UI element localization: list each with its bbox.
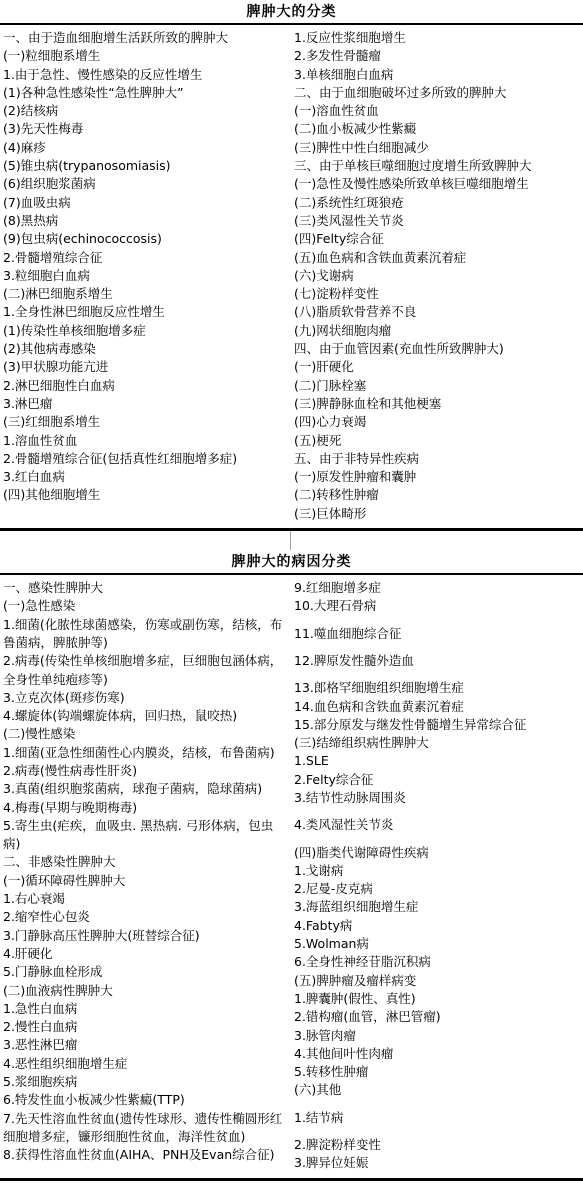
column-divider-line	[290, 531, 291, 550]
list-item: (2)其他病毒感染	[3, 340, 289, 358]
list-item: 一、由于造血细胞增生活跃所致的脾肿大	[3, 29, 289, 47]
list-item: 6.特发性血小板减少性紫癜(TTP)	[3, 1091, 289, 1109]
list-item: (二)淋巴细胞系增生	[3, 285, 289, 303]
list-item: 2.多发性骨髓瘤	[294, 47, 580, 65]
etiology-table-body: 一、感染性脾肿大(一)急性感染1.细菌(化脓性球菌感染，伤寒或副伤寒，结核，布鲁…	[0, 575, 583, 1181]
list-item: (五)血色病和含铁血黄素沉着症	[294, 249, 580, 267]
list-item: (二)门脉栓塞	[294, 377, 580, 395]
classification-table-title: 脾肿大的分类	[0, 0, 583, 25]
list-item: (八)脂质软骨营养不良	[294, 303, 580, 321]
list-item: 5.门静脉血栓形成	[3, 963, 289, 981]
list-item: 4.肝硬化	[3, 945, 289, 963]
etiology-left-column: 一、感染性脾肿大(一)急性感染1.细菌(化脓性球菌感染，伤寒或副伤寒，结核，布鲁…	[0, 579, 291, 1165]
list-item: 1.结节病	[294, 1109, 580, 1127]
list-item: 2.病毒(慢性病毒性肝炎)	[3, 762, 289, 780]
list-item: 2.脾淀粉样变性	[294, 1136, 580, 1154]
list-item: (8)黑热病	[3, 212, 289, 230]
list-item: 4.类风湿性关节炎	[294, 816, 580, 834]
list-item: 四、由于血管因素(充血性所致脾肿大)	[294, 340, 580, 358]
list-item: 6.全身性神经苷脂沉积病	[294, 953, 580, 971]
list-item: 1.反应性浆细胞增生	[294, 29, 580, 47]
list-item: (一)原发性肿瘤和囊肿	[294, 468, 580, 486]
list-item: 5.转移性肿瘤	[294, 1063, 580, 1081]
classification-table-body: 一、由于造血细胞增生活跃所致的脾肿大(一)粒细胞系增生1.由于急性、慢性感染的反…	[0, 25, 583, 531]
list-item: 9.红细胞增多症	[294, 579, 580, 597]
list-item: 2.淋巴细胞性白血病	[3, 377, 289, 395]
list-item: 8.获得性溶血性贫血(AIHA、PNH及Evan综合征)	[3, 1146, 289, 1164]
list-item: 1.细菌(亚急性细菌性心内膜炎，结核，布鲁菌病)	[3, 744, 289, 762]
list-item: 3.脾异位妊娠	[294, 1154, 580, 1172]
list-item: (2)结核病	[3, 102, 289, 120]
list-item: (四)心力衰竭	[294, 413, 580, 431]
list-item: (三)类风湿性关节炎	[294, 212, 580, 230]
list-item: 1.细菌(化脓性球菌感染，伤寒或副伤寒，结核，布鲁菌病，脾脓肿等)	[3, 616, 289, 653]
list-item: (6)组织胞浆菌病	[3, 175, 289, 193]
list-item: 2.缩窄性心包炎	[3, 908, 289, 926]
classification-table: 脾肿大的分类 一、由于造血细胞增生活跃所致的脾肿大(一)粒细胞系增生1.由于急性…	[0, 0, 583, 531]
list-item: (九)网状细胞肉瘤	[294, 322, 580, 340]
list-item: (五)梗死	[294, 432, 580, 450]
list-item: (二)血小板减少性紫癜	[294, 120, 580, 138]
list-item: (四)脂类代谢障碍性疾病	[294, 844, 580, 862]
list-item: (七)淀粉样变性	[294, 285, 580, 303]
document-page: 脾肿大的分类 一、由于造血细胞增生活跃所致的脾肿大(一)粒细胞系增生1.由于急性…	[0, 0, 583, 1181]
list-item: 3.真菌(组织胞浆菌病，球孢子菌病，隐球菌病)	[3, 780, 289, 798]
list-item: (1)各种急性感染性“急性脾肿大”	[3, 84, 289, 102]
list-item: (一)肝硬化	[294, 358, 580, 376]
list-item: 4.螺旋体(钩端螺旋体病，回归热，鼠咬热)	[3, 707, 289, 725]
list-item: (三)红细胞系增生	[3, 413, 289, 431]
list-item: (一)急性感染	[3, 597, 289, 615]
list-item: 1.全身性淋巴细胞反应性增生	[3, 303, 289, 321]
list-item: (二)慢性感染	[3, 725, 289, 743]
list-item: (一)循环障碍性脾肿大	[3, 872, 289, 890]
list-item: (四)Felty综合征	[294, 230, 580, 248]
list-item: 五、由于非特异性疾病	[294, 450, 580, 468]
list-item: 7.先天性溶血性贫血(遗传性球形、遗传性椭圆形红细胞增多症，镰形细胞性贫血，海洋…	[3, 1110, 289, 1147]
list-item: 3.立克次体(斑疹伤寒)	[3, 689, 289, 707]
list-item: 2.骨髓增殖综合征	[3, 249, 289, 267]
list-item: 14.血色病和含铁血黄素沉着症	[294, 698, 580, 716]
list-item: 2.慢性白血病	[3, 1018, 289, 1036]
list-item: 12.脾原发性髓外造血	[294, 652, 580, 670]
list-item: (二)转移性肿瘤	[294, 486, 580, 504]
list-item: 一、感染性脾肿大	[3, 579, 289, 597]
list-item: 4.Fabty病	[294, 917, 580, 935]
list-item: 1.戈谢病	[294, 862, 580, 880]
list-item: 2.错构瘤(血管，淋巴管瘤)	[294, 1008, 580, 1026]
list-item: (一)急性及慢性感染所致单核巨噬细胞增生	[294, 175, 580, 193]
list-item: 3.门静脉高压性脾肿大(班替综合征)	[3, 927, 289, 945]
list-item: 1.急性白血病	[3, 1000, 289, 1018]
list-item: 4.恶性组织细胞增生症	[3, 1055, 289, 1073]
list-item: 11.噬血细胞综合征	[294, 625, 580, 643]
list-item: 1.SLE	[294, 752, 580, 770]
list-item: 2.Felty综合征	[294, 771, 580, 789]
list-item: 3.粒细胞白血病	[3, 267, 289, 285]
list-item: 10.大理石骨病	[294, 597, 580, 615]
list-item: (一)溶血性贫血	[294, 102, 580, 120]
list-item: 三、由于单核巨噬细胞过度增生所致脾肿大	[294, 157, 580, 175]
list-item: 2.骨髓增殖综合征(包括真性红细胞增多症)	[3, 450, 289, 468]
list-item: 2.尼曼-皮克病	[294, 880, 580, 898]
list-item: (7)血吸虫病	[3, 194, 289, 212]
list-item: 1.脾囊肿(假性、真性)	[294, 990, 580, 1008]
list-item: (六)戈谢病	[294, 267, 580, 285]
list-item: (9)包虫病(echinococcosis)	[3, 230, 289, 248]
list-item: 4.梅毒(早期与晚期梅毒)	[3, 799, 289, 817]
list-item: 13.郎格罕细胞组织细胞增生症	[294, 679, 580, 697]
list-item: (四)其他细胞增生	[3, 486, 289, 504]
etiology-table-title: 脾肿大的病因分类	[0, 550, 583, 575]
list-item: (4)麻疹	[3, 139, 289, 157]
classification-left-column: 一、由于造血细胞增生活跃所致的脾肿大(一)粒细胞系增生1.由于急性、慢性感染的反…	[0, 29, 291, 505]
etiology-table: 脾肿大的病因分类 一、感染性脾肿大(一)急性感染1.细菌(化脓性球菌感染，伤寒或…	[0, 550, 583, 1181]
list-item: 3.海蓝组织细胞增生症	[294, 898, 580, 916]
list-item: (3)先天性梅毒	[3, 120, 289, 138]
list-item: (5)锥虫病(trypanosomiasis)	[3, 157, 289, 175]
list-item: (1)传染性单核细胞增多症	[3, 322, 289, 340]
etiology-right-column: 9.红细胞增多症10.大理石骨病11.噬血细胞综合征12.脾原发性髓外造血13.…	[291, 579, 582, 1173]
list-item: (三)巨体畸形	[294, 505, 580, 523]
list-item: (3)甲状腺功能亢进	[3, 358, 289, 376]
list-item: (三)脾性中性白细胞减少	[294, 139, 580, 157]
list-item: 二、非感染性脾肿大	[3, 853, 289, 871]
list-item: 1.由于急性、慢性感染的反应性增生	[3, 66, 289, 84]
list-item: 1.溶血性贫血	[3, 432, 289, 450]
list-item: 3.脉管肉瘤	[294, 1027, 580, 1045]
list-item: 15.部分原发与继发性骨髓增生异常综合征	[294, 716, 580, 734]
list-item: (六)其他	[294, 1081, 580, 1099]
tables-gap	[0, 531, 583, 550]
list-item: (三)脾静脉血栓和其他梗塞	[294, 395, 580, 413]
list-item: (三)结缔组织病性脾肿大	[294, 734, 580, 752]
list-item: (五)脾肿瘤及瘤样病变	[294, 972, 580, 990]
list-item: 二、由于血细胞破坏过多所致的脾肿大	[294, 84, 580, 102]
list-item: 5.寄生虫(疟疾，血吸虫. 黑热病. 弓形体病，包虫病)	[3, 817, 289, 854]
list-item: 5.Wolman病	[294, 935, 580, 953]
list-item: 3.结节性动脉周围炎	[294, 789, 580, 807]
list-item: 3.红白血病	[3, 468, 289, 486]
classification-right-column: 1.反应性浆细胞增生2.多发性骨髓瘤3.单核细胞白血病二、由于血细胞破坏过多所致…	[291, 29, 582, 523]
list-item: 5.浆细胞疾病	[3, 1073, 289, 1091]
list-item: 3.恶性淋巴瘤	[3, 1036, 289, 1054]
list-item: (二)血液病性脾肿大	[3, 982, 289, 1000]
list-item: (一)粒细胞系增生	[3, 47, 289, 65]
list-item: (二)系统性红斑狼疮	[294, 194, 580, 212]
list-item: 1.右心衰竭	[3, 890, 289, 908]
list-item: 2.病毒(传染性单核细胞增多症，巨细胞包涵体病，全身性单纯疱疹等)	[3, 652, 289, 689]
list-item: 3.单核细胞白血病	[294, 66, 580, 84]
list-item: 3.淋巴瘤	[3, 395, 289, 413]
list-item: 4.其他间叶性肉瘤	[294, 1045, 580, 1063]
